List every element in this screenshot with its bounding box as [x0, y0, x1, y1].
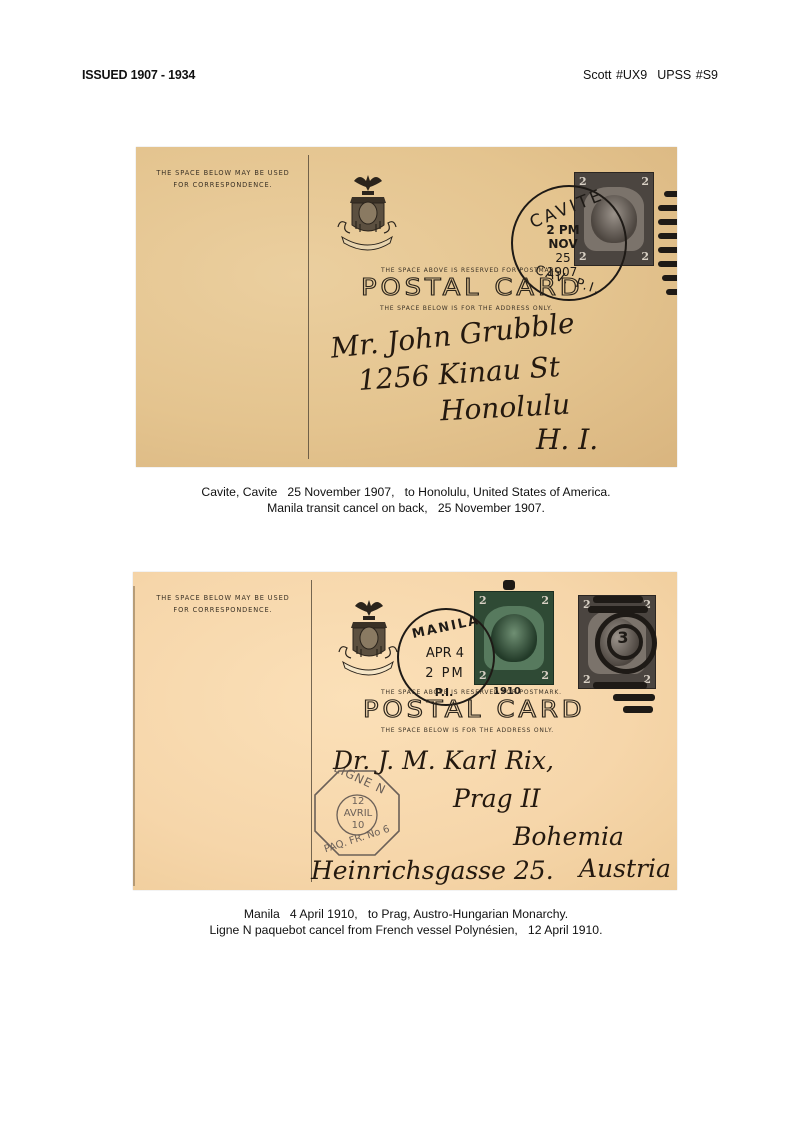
stamp-value: 2 — [541, 594, 549, 607]
card-divider — [308, 155, 309, 459]
correspondence-line-2: FOR CORRESPONDENCE. — [146, 179, 300, 191]
correspondence-note: THE SPACE BELOW MAY BE USED FOR CORRESPO… — [146, 167, 300, 191]
postal-card-title: POSTAL CARD — [363, 697, 586, 723]
address-line-3: Honolulu — [439, 388, 571, 428]
correspondence-line-1: THE SPACE BELOW MAY BE USED — [143, 592, 303, 604]
correspondence-note: THE SPACE BELOW MAY BE USED FOR CORRESPO… — [143, 592, 303, 616]
address-line-3: Bohemia — [513, 822, 624, 851]
postal-card-1907: THE SPACE BELOW MAY BE USED FOR CORRESPO… — [136, 147, 677, 467]
killer-numeral: 3 — [613, 628, 633, 647]
correspondence-line-1: THE SPACE BELOW MAY BE USED — [146, 167, 300, 179]
correspondence-line-2: FOR CORRESPONDENCE. — [143, 604, 303, 616]
catalog-numbers: Scott #UX9UPSS #S9 — [583, 68, 718, 82]
postmark-time: 2 PM — [543, 223, 583, 237]
stamp-value: 2 — [641, 175, 649, 188]
address-only-note: THE SPACE BELOW IS FOR THE ADDRESS ONLY. — [381, 727, 554, 734]
address-line-2: Prag II — [453, 784, 540, 813]
postal-card-1910: THE SPACE BELOW MAY BE USED FOR CORRESPO… — [133, 572, 677, 890]
address-line-4: Heinrichsgasse 25. — [311, 856, 554, 885]
caption-line-1: Manila 4 April 1910, to Prag, Austro-Hun… — [0, 906, 812, 922]
scott-number: Scott #UX9 — [583, 68, 647, 82]
address-line-1: Dr. J. M. Karl Rix, — [333, 746, 554, 775]
postmark-date: APR 4 — [415, 646, 475, 661]
page-title: ISSUED 1907 - 1934 — [82, 68, 195, 82]
postmark-reserved-note: THE SPACE ABOVE IS RESERVED FOR POSTMARK… — [381, 689, 562, 696]
upss-number: UPSS #S9 — [657, 68, 718, 82]
paquebot-month: AVRIL — [338, 808, 378, 819]
caption-line-2: Manila transit cancel on back, 25 Novemb… — [0, 500, 812, 516]
philippine-crest-icon — [332, 171, 402, 253]
postmark-reserved-note: THE SPACE ABOVE IS RESERVED FOR POSTMARK… — [381, 267, 562, 274]
caption-card-1: Cavite, Cavite 25 November 1907, to Hono… — [0, 484, 812, 516]
stamp-value: 2 — [583, 673, 591, 686]
address-line-4: H. I. — [536, 423, 598, 456]
paquebot-day: 12 — [347, 796, 369, 807]
stamp-value: 2 — [479, 594, 487, 607]
postal-card-title: POSTAL CARD — [361, 275, 584, 301]
paquebot-year: 10 — [347, 820, 369, 831]
stamp-value: 2 — [541, 669, 549, 682]
address-line-5: Austria — [579, 854, 671, 883]
postmark-day: 25 — [543, 251, 583, 265]
philippine-crest-icon — [333, 596, 403, 678]
stamp-value: 2 — [641, 250, 649, 263]
postmark-time: 2 PM — [415, 666, 475, 681]
caption-card-2: Manila 4 April 1910, to Prag, Austro-Hun… — [0, 906, 812, 938]
caption-line-2: Ligne N paquebot cancel from French vess… — [0, 922, 812, 938]
postmark-town: MANILA — [408, 612, 484, 642]
postmark-month: NOV — [543, 237, 583, 251]
caption-line-1: Cavite, Cavite 25 November 1907, to Hono… — [0, 484, 812, 500]
